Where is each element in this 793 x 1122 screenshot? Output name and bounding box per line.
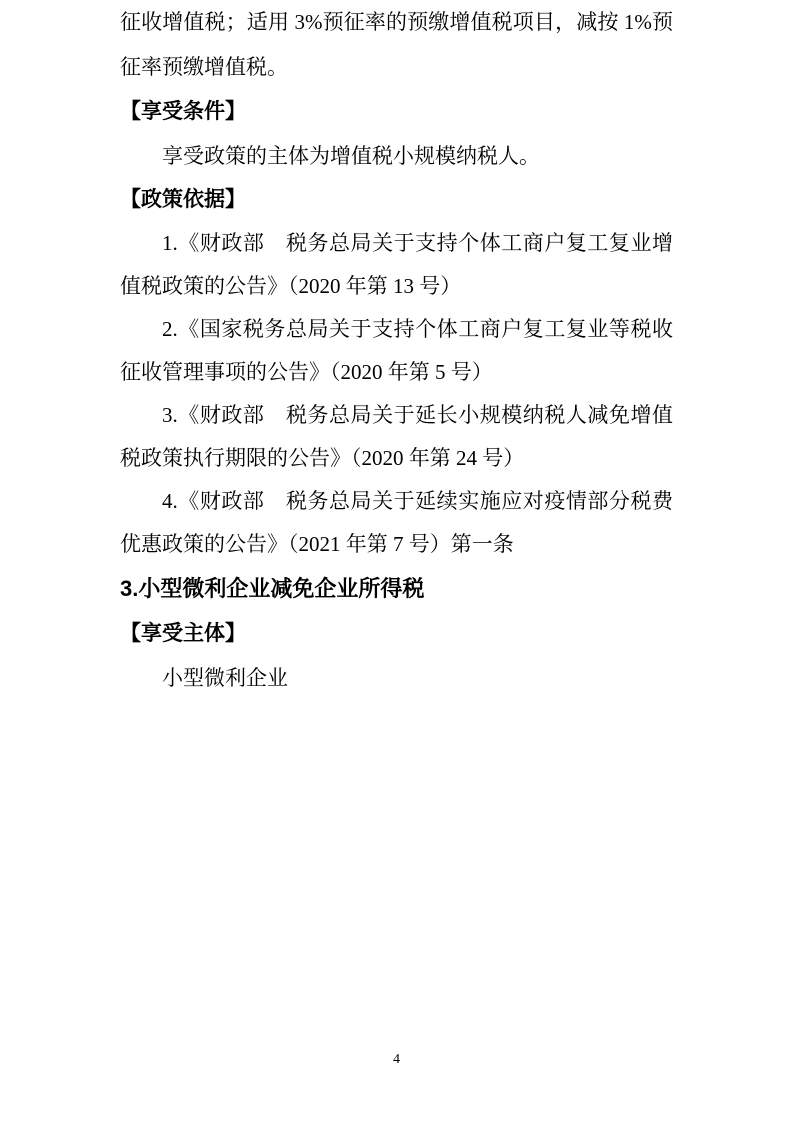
heading-enjoyment-subject: 【享受主体】 [120, 612, 673, 656]
policy-basis-item-1: 1.《财政部 税务总局关于支持个体工商户复工复业增值税政策的公告》（2020 年… [120, 222, 673, 308]
paragraph-continuation: 征收增值税；适用 3%预征率的预缴增值税项目，减按 1%预征率预缴增值税。 [120, 0, 673, 90]
policy-basis-item-4: 4.《财政部 税务总局关于延续实施应对疫情部分税费优惠政策的公告》（2021 年… [120, 480, 673, 566]
policy-basis-item-3: 3.《财政部 税务总局关于延长小规模纳税人减免增值税政策执行期限的公告》（202… [120, 394, 673, 480]
document-page: 征收增值税；适用 3%预征率的预缴增值税项目，减按 1%预征率预缴增值税。 【享… [0, 0, 793, 1122]
paragraph-enjoyment-subject: 小型微利企业 [120, 656, 673, 700]
paragraph-enjoyment-conditions: 享受政策的主体为增值税小规模纳税人。 [120, 134, 673, 178]
heading-policy-basis: 【政策依据】 [120, 178, 673, 222]
page-number: 4 [0, 1051, 793, 1069]
heading-section-3-small-micro-profit-enterprise: 3.小型微利企业减免企业所得税 [120, 566, 673, 612]
policy-basis-item-2: 2.《国家税务总局关于支持个体工商户复工复业等税收征收管理事项的公告》（2020… [120, 308, 673, 394]
heading-enjoyment-conditions: 【享受条件】 [120, 90, 673, 134]
page-content: 征收增值税；适用 3%预征率的预缴增值税项目，减按 1%预征率预缴增值税。 【享… [120, 0, 673, 700]
